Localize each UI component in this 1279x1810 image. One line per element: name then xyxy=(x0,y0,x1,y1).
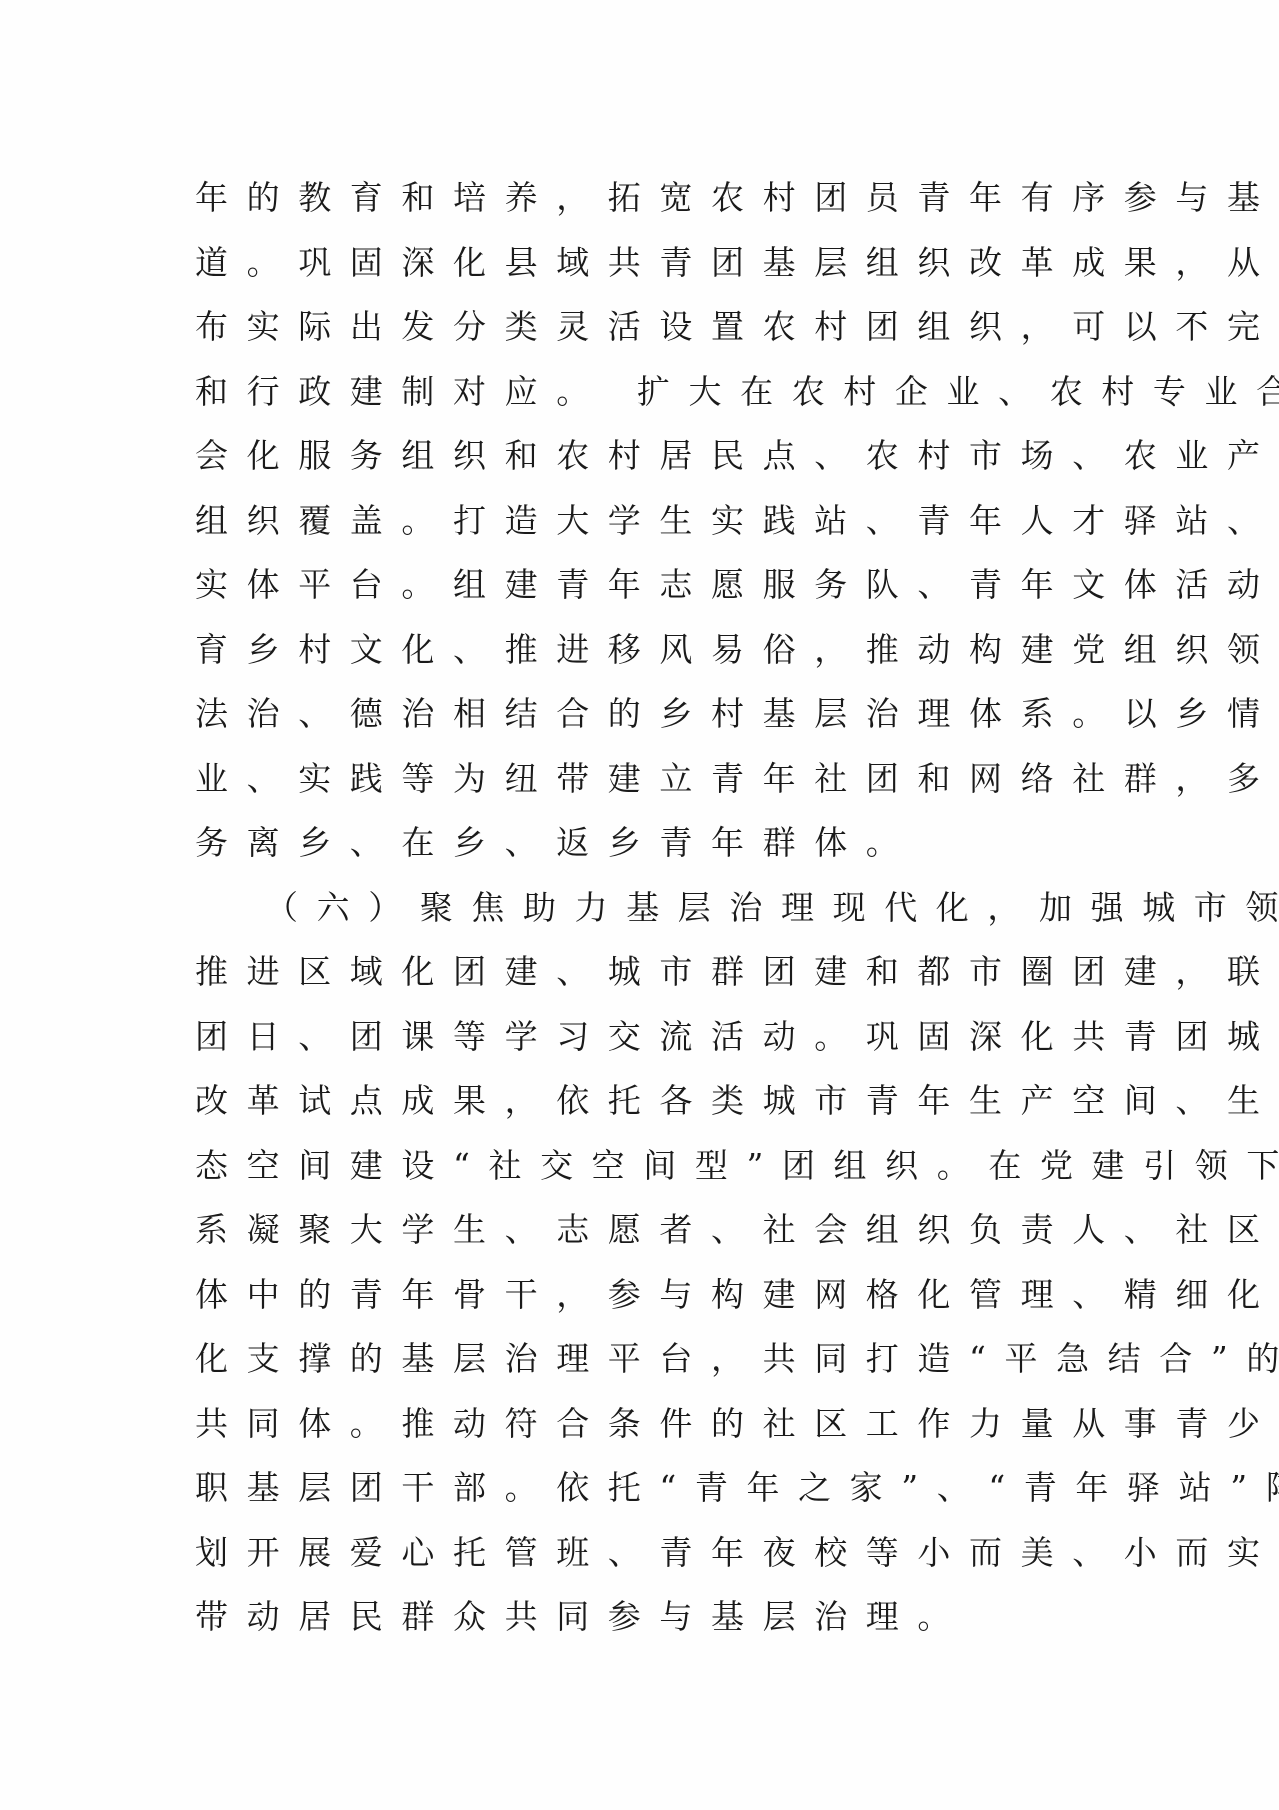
text-line: 推进区域化团建、城市群团建和都市圈团建，联合开展主题 xyxy=(195,940,1090,1005)
section-heading: （六）聚焦助力基层治理现代化，加强城市领域团建。 xyxy=(195,876,1090,941)
text-line: 共同体。推动符合条件的社区工作力量从事青少年工作、兼 xyxy=(195,1392,1090,1457)
text-line: 划开展爱心托管班、青年夜校等小而美、小而实的服务项目， xyxy=(195,1521,1090,1586)
text-line: 带动居民群众共同参与基层治理。 xyxy=(195,1585,1090,1650)
text-line: 道。巩固深化县域共青团基层组织改革成果，从团员青年分 xyxy=(195,231,1090,296)
text-line: 育乡村文化、推进移风易俗，推动构建党组织领导下自治、 xyxy=(195,618,1090,683)
text-line: 团日、团课等学习交流活动。巩固深化共青团城市基层组织 xyxy=(195,1005,1090,1070)
text-line: 体中的青年骨干，参与构建网格化管理、精细化服务、信息 xyxy=(195,1263,1090,1328)
text-line: 组织覆盖。打造大学生实践站、青年人才驿站、科技小院等 xyxy=(195,489,1090,554)
paragraph-rural-youth: 年的教育和培养，拓宽农村团员青年有序参与基层治理渠 道。巩固深化县域共青团基层组… xyxy=(195,166,1090,876)
text-line: 会化服务组织和农村居民点、农村市场、农业产业园区中的 xyxy=(195,424,1090,489)
text-line: 和行政建制对应。 扩大在农村企业、农村专业合作社、社 xyxy=(195,360,1090,425)
text-line: 布实际出发分类灵活设置农村团组织，可以不完全与党组织 xyxy=(195,295,1090,360)
paragraph-urban-league-building: （六）聚焦助力基层治理现代化，加强城市领域团建。 推进区域化团建、城市群团建和都… xyxy=(195,876,1090,1650)
text-line: 改革试点成果，依托各类城市青年生产空间、生活空间、生 xyxy=(195,1069,1090,1134)
text-line: 系凝聚大学生、志愿者、社会组织负责人、社区工作者等群 xyxy=(195,1198,1090,1263)
text-line: 法治、德治相结合的乡村基层治理体系。以乡情、产业、学 xyxy=(195,682,1090,747)
text-line: 化支撑的基层治理平台，共同打造“平急结合”的基层治理 xyxy=(195,1327,1090,1392)
text-line: 务离乡、在乡、返乡青年群体。 xyxy=(195,811,1090,876)
text-line: 态空间建设“社交空间型”团组织。在党建引领下，广泛联 xyxy=(195,1134,1090,1199)
text-line: 实体平台。组建青年志愿服务队、青年文体活动队，助力培 xyxy=(195,553,1090,618)
document-body: 年的教育和培养，拓宽农村团员青年有序参与基层治理渠 道。巩固深化县域共青团基层组… xyxy=(195,166,1090,1650)
text-line: 年的教育和培养，拓宽农村团员青年有序参与基层治理渠 xyxy=(195,166,1090,231)
document-page: 年的教育和培养，拓宽农村团员青年有序参与基层治理渠 道。巩固深化县域共青团基层组… xyxy=(0,0,1279,1810)
text-line: 职基层团干部。依托“青年之家”、“青年驿站”阵地等策 xyxy=(195,1456,1090,1521)
text-line: 业、实践等为纽带建立青年社团和网络社群，多渠道联系服 xyxy=(195,747,1090,812)
